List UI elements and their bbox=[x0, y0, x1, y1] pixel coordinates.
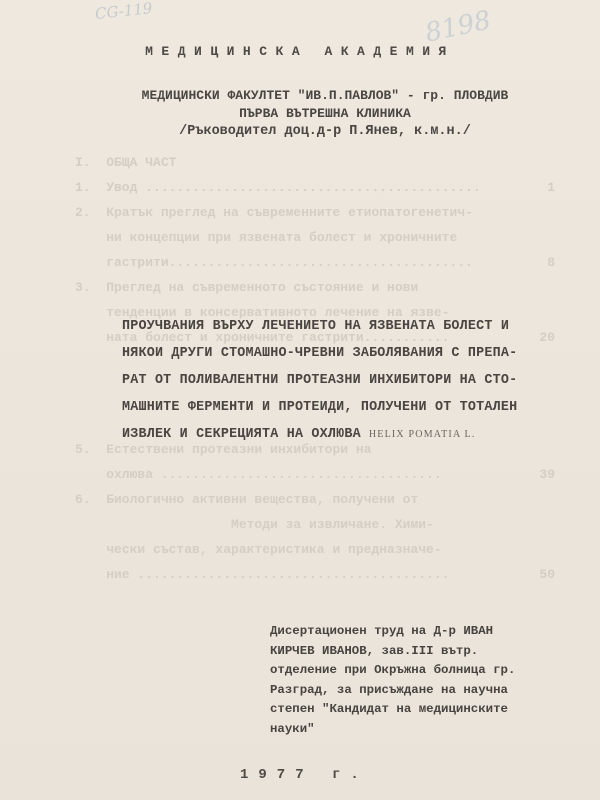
bleed-through-text: 6. Биологично активни вещества, получени… bbox=[75, 487, 418, 512]
bleed-through-line: 6. Биологично активни вещества, получени… bbox=[75, 487, 575, 512]
bleed-through-line: 2. Кратък преглед на съвременните етиопа… bbox=[75, 200, 575, 225]
bleed-through-page-number bbox=[555, 200, 575, 225]
bleed-through-line: 1. Увод ................................… bbox=[75, 175, 575, 200]
faculty-block: МЕДИЦИНСКИ ФАКУЛТЕТ "ИВ.П.ПАВЛОВ" - гр. … bbox=[0, 87, 600, 141]
pencil-mark-number: 8198 bbox=[423, 5, 494, 48]
bleed-through-page-number bbox=[555, 537, 575, 562]
title-line: НЯКОИ ДРУГИ СТОМАШНО-ЧРЕВНИ ЗАБОЛЯВАНИЯ … bbox=[122, 340, 582, 367]
bleed-through-page-number bbox=[555, 225, 575, 250]
bleed-through-page-number bbox=[555, 512, 575, 537]
bleed-through-page-number bbox=[555, 275, 575, 300]
title-line-text: ИЗВЛЕК И СЕКРЕЦИЯТА НА ОХЛЮВА bbox=[122, 427, 361, 442]
bleed-through-lower: 5. Естествени протеазни инхибитори на ох… bbox=[75, 437, 575, 587]
bleed-through-text: Методи за извличане. Хими- bbox=[75, 512, 434, 537]
pencil-mark-catalog: CG-119 bbox=[94, 0, 153, 23]
bleed-through-page-number: 1 bbox=[547, 175, 575, 200]
title-line: МАШНИТЕ ФЕРМЕНТИ И ПРОТЕИДИ, ПОЛУЧЕНИ ОТ… bbox=[122, 394, 582, 421]
bleed-through-line: чески състав, характеристика и предназна… bbox=[75, 537, 575, 562]
title-line: ПРОУЧВАНИЯ ВЪРХУ ЛЕЧЕНИЕТО НА ЯЗВЕНАТА Б… bbox=[122, 313, 582, 340]
bleed-through-line: охлюва .................................… bbox=[75, 462, 575, 487]
supervisor: /Ръководител доц.д-р П.Янев, к.м.н./ bbox=[25, 123, 600, 141]
bleed-through-text: 2. Кратък преглед на съвременните етиопа… bbox=[75, 200, 473, 225]
document-page: CG-119 8198 I. ОБЩА ЧАСТ1. Увод ........… bbox=[0, 0, 600, 800]
bleed-through-line: гастрити................................… bbox=[75, 250, 575, 275]
author-line: Разград, за присъждане на научна bbox=[270, 681, 600, 701]
author-line: отделение при Окръжна болница гр. bbox=[270, 661, 600, 681]
author-line: науки" bbox=[270, 720, 600, 740]
bleed-through-line: ни концепции при язвената болест и хрони… bbox=[75, 225, 575, 250]
author-line: Дисертационен труд на Д-р ИВАН bbox=[270, 622, 600, 642]
bleed-through-page-number bbox=[555, 150, 575, 175]
dissertation-title: ПРОУЧВАНИЯ ВЪРХУ ЛЕЧЕНИЕТО НА ЯЗВЕНАТА Б… bbox=[122, 313, 582, 448]
title-line: ИЗВЛЕК И СЕКРЕЦИЯТА НА ОХЛЮВАHELIX POMAT… bbox=[122, 421, 582, 448]
author-line: степен "Кандидат на медицинските bbox=[270, 700, 600, 720]
title-line: РАТ ОТ ПОЛИВАЛЕНТНИ ПРОТЕАЗНИ ИНХИБИТОРИ… bbox=[122, 367, 582, 394]
clinic-name: ПЪРВА ВЪТРЕШНА КЛИНИКА bbox=[25, 105, 600, 123]
bleed-through-line: 3. Преглед на съвременното състояние и н… bbox=[75, 275, 575, 300]
bleed-through-page-number: 8 bbox=[547, 250, 575, 275]
institution-name: МЕДИЦИНСКА АКАДЕМИЯ bbox=[0, 44, 600, 59]
bleed-through-text: ние ....................................… bbox=[75, 562, 449, 587]
author-line: КИРЧЕВ ИВАНОВ, зав.III вътр. bbox=[270, 642, 600, 662]
latin-species-name: HELIX POMATIA L. bbox=[369, 429, 476, 440]
bleed-through-line: ние ....................................… bbox=[75, 562, 575, 587]
bleed-through-page-number bbox=[555, 487, 575, 512]
bleed-through-text: 1. Увод ................................… bbox=[75, 175, 481, 200]
author-block: Дисертационен труд на Д-р ИВАН КИРЧЕВ ИВ… bbox=[270, 622, 600, 739]
bleed-through-line: Методи за извличане. Хими- bbox=[75, 512, 575, 537]
bleed-through-text: ни концепции при язвената болест и хрони… bbox=[75, 225, 457, 250]
bleed-through-text: 3. Преглед на съвременното състояние и н… bbox=[75, 275, 418, 300]
bleed-through-text: гастрити................................… bbox=[75, 250, 473, 275]
bleed-through-page-number: 39 bbox=[539, 462, 575, 487]
year: 1977 г. bbox=[240, 767, 369, 783]
faculty-name: МЕДИЦИНСКИ ФАКУЛТЕТ "ИВ.П.ПАВЛОВ" - гр. … bbox=[25, 87, 600, 105]
bleed-through-line: I. ОБЩА ЧАСТ bbox=[75, 150, 575, 175]
bleed-through-text: охлюва .................................… bbox=[75, 462, 442, 487]
bleed-through-text: чески състав, характеристика и предназна… bbox=[75, 537, 442, 562]
bleed-through-page-number: 50 bbox=[539, 562, 575, 587]
bleed-through-text: I. ОБЩА ЧАСТ bbox=[75, 150, 176, 175]
